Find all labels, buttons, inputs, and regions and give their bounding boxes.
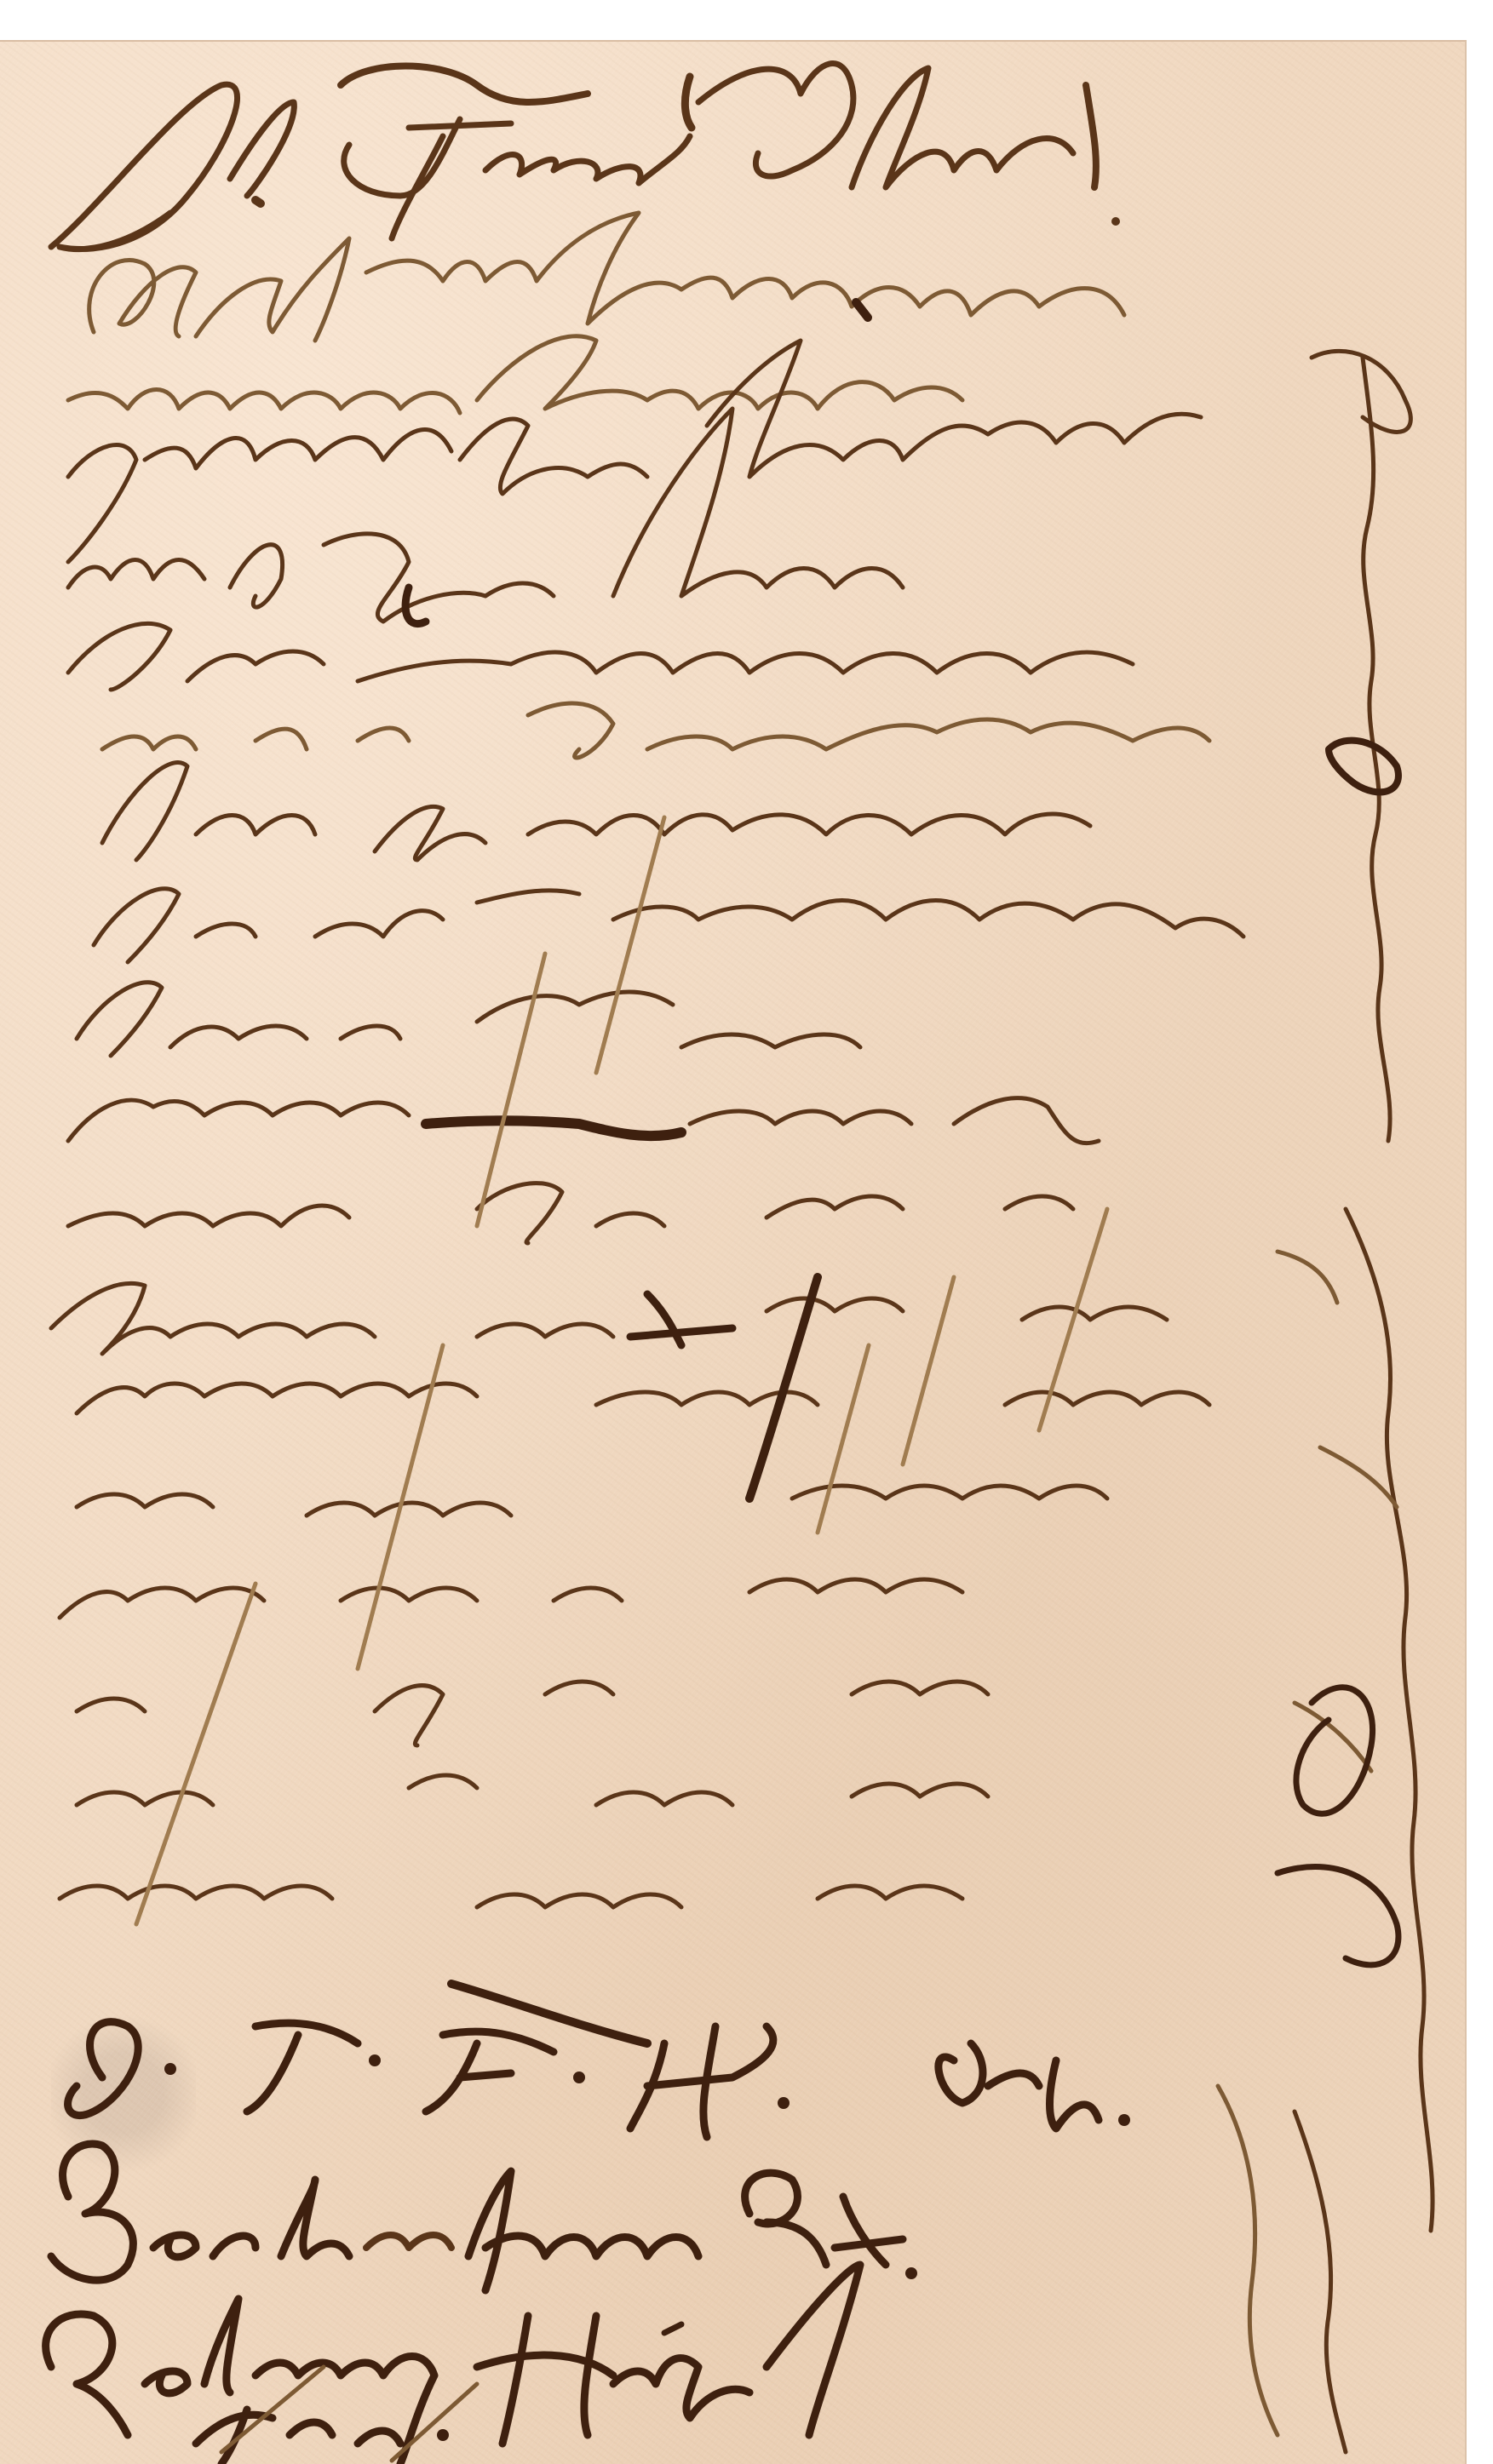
body-strokes <box>51 213 1243 2043</box>
margin-note-strokes <box>1218 351 1433 2452</box>
salutation-strokes <box>51 64 1120 249</box>
handwriting-ink <box>0 0 1493 2464</box>
address-strokes <box>46 2022 1130 2464</box>
